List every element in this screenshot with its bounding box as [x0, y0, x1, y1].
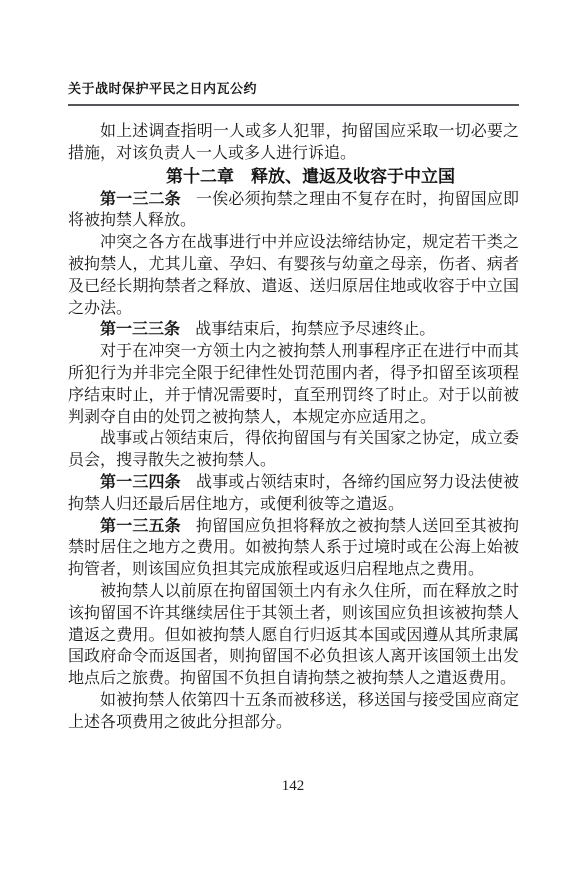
article-135-paragraph-2: 被拘禁人以前原在拘留国领土内有永久住所，而在释放之时该拘留国不许其继续居住于其领…	[68, 581, 519, 690]
article-133-number: 第一三三条	[100, 321, 180, 338]
article-135-number: 第一三五条	[100, 518, 181, 535]
article-133-paragraph-3: 战事或占领结束后，得依拘留国与有关国家之协定，成立委员会，搜寻散失之被拘禁人。	[68, 428, 519, 472]
article-134-number: 第一三四条	[100, 474, 181, 491]
article-132-paragraph: 第一三二条一俟必须拘禁之理由不复存在时，拘留国应即将被拘禁人释放。	[68, 189, 519, 233]
document-page: 关于战时保护平民之日内瓦公约 如上述调查指明一人或多人犯罪，拘留国应采取一切必要…	[0, 0, 586, 869]
page-body: 如上述调查指明一人或多人犯罪，拘留国应采取一切必要之措施，对该负责人一人或多人进…	[68, 121, 519, 734]
article-135-paragraph-3: 如被拘禁人依第四十五条而被移送，移送国与接受国应商定上述各项费用之彼此分担部分。	[68, 690, 519, 734]
paragraph-intro: 如上述调查指明一人或多人犯罪，拘留国应采取一切必要之措施，对该负责人一人或多人进…	[68, 121, 519, 165]
article-133-paragraph-2: 对于在冲突一方领土内之被拘禁人刑事程序正在进行中而其所犯行为并非完全限于纪律性处…	[68, 341, 519, 428]
article-133-paragraph: 第一三三条战事结束后，拘禁应予尽速终止。	[68, 319, 519, 341]
chapter-heading: 第十二章 释放、遣返及收容于中立国	[68, 165, 519, 189]
running-header: 关于战时保护平民之日内瓦公约	[68, 82, 519, 96]
page-number: 142	[0, 777, 586, 795]
article-133-text: 战事结束后，拘禁应予尽速终止。	[195, 321, 435, 338]
header-divider	[68, 104, 519, 106]
article-134-paragraph: 第一三四条战事或占领结束时，各缔约国应努力设法使被拘禁人归还最后居住地方，或便利…	[68, 472, 519, 516]
article-132-number: 第一三二条	[100, 191, 181, 208]
article-135-paragraph: 第一三五条拘留国应负担将释放之被拘禁人送回至其被拘禁时居住之地方之费用。如被拘禁…	[68, 516, 519, 581]
article-132-paragraph-2: 冲突之各方在战事进行中并应设法缔结协定，规定若干类之被拘禁人，尤其儿童、孕妇、有…	[68, 232, 519, 319]
